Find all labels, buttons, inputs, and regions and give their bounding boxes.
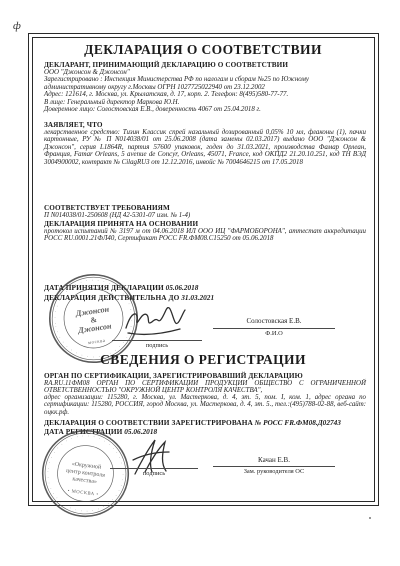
- stamp-city-text: москва: [88, 339, 106, 346]
- authority-name: RA.RU.11ФМ08 ОРГАН ПО СЕРТИФИКАЦИИ ПРОДУ…: [44, 380, 366, 395]
- product-description: лекарственное средство: Тизин Классик сп…: [44, 129, 366, 166]
- declarant-details: ООО "Джонсон & Джонсон" Зарегистрировано…: [44, 69, 368, 113]
- name-line: [213, 328, 335, 329]
- basis-heading: ДЕКЛАРАЦИЯ ПРИНЯТА НА ОСНОВАНИИ: [44, 220, 198, 228]
- name-caption: Ф.И.О: [213, 330, 335, 337]
- statement-heading: ЗАЯВЛЯЕТ, ЧТО: [44, 121, 103, 129]
- handwritten-corner-mark: ф: [13, 20, 21, 32]
- authority-heading: ОРГАН ПО СЕРТИФИКАЦИИ, ЗАРЕГИСТРИРОВАВШИ…: [44, 372, 303, 380]
- signature-caption: подпись: [112, 342, 202, 349]
- signature-line: [110, 468, 198, 469]
- signature-caption: подпись: [110, 470, 198, 477]
- registered-number: № РОСС FR.ФМ08.Д02743: [255, 418, 341, 427]
- signature-line: [112, 340, 202, 341]
- name-line: [213, 466, 335, 467]
- declarant-line: административному округу г.Москвы ОГРН 1…: [44, 84, 368, 91]
- basis-text: протокол испытаний № 3197 м от 04.06.201…: [44, 228, 366, 243]
- declarant-line: В лице: Генеральный директор Маркова Ю.Н…: [44, 99, 368, 106]
- acceptance-date-value: 05.06.2018: [166, 283, 199, 292]
- declarant-signature-scribble: [122, 300, 188, 338]
- stamp-center-text: качества»: [72, 476, 97, 485]
- declaration-title: ДЕКЛАРАЦИЯ О СООТВЕТСТВИИ: [40, 42, 366, 58]
- registrar-name: Качан Е.В.: [213, 456, 335, 464]
- scan-speck: [369, 517, 371, 519]
- declarant-line: Доверенное лицо: Солостовская Е.В., дове…: [44, 106, 368, 113]
- compliance-heading: СООТВЕТСТВУЕТ ТРЕБОВАНИЯМ: [44, 204, 170, 212]
- document-page: ф ДЕКЛАРАЦИЯ О СООТВЕТСТВИИ ДЕКЛАРАНТ, П…: [0, 0, 400, 566]
- compliance-requirements: П N014038/01-250608 (НД 42-5301-07 изм. …: [44, 212, 190, 219]
- signer-name: Солостовская Е.В.: [213, 317, 335, 325]
- declarant-line: Зарегистрировано : Инспекция Министерств…: [44, 76, 368, 83]
- declarant-line: Адрес: 121614, г. Москва, ул. Крылатская…: [44, 91, 368, 98]
- stamp-center-text: Джонсон: [77, 321, 113, 335]
- stamp-city-text: • МОСКВА •: [67, 489, 98, 498]
- registrar-role-caption: Зам. руководителя ОС: [213, 468, 335, 475]
- registered-line: ДЕКЛАРАЦИЯ О СООТВЕТСТВИИ ЗАРЕГИСТРИРОВА…: [44, 418, 341, 427]
- declarant-heading: ДЕКЛАРАНТ, ПРИНИМАЮЩИЙ ДЕКЛАРАЦИЮ О СООТ…: [44, 61, 288, 69]
- declarant-line: ООО "Джонсон & Джонсон": [44, 69, 368, 76]
- registration-title: СВЕДЕНИЯ О РЕГИСТРАЦИИ: [40, 352, 366, 368]
- authority-address: адрес организации: 115280, г. Москва, ул…: [44, 394, 366, 416]
